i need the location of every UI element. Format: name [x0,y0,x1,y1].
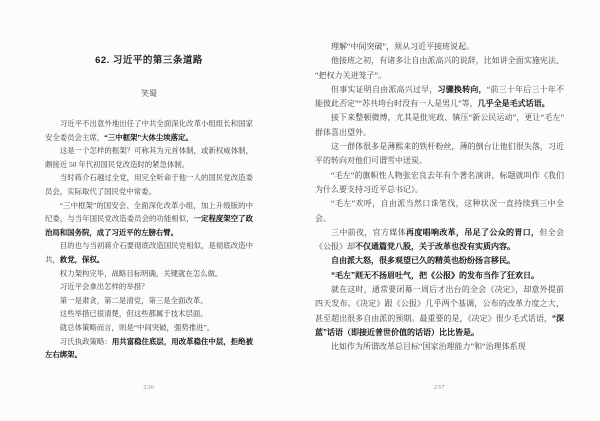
paragraph: 就在这时，通常要闭幕一周后才出台的全会《决定》，却意外提前四天发布。《决定》跟《… [315,283,564,340]
text-run: 当时蒋介石越过全党，用完全听命于他一人的国民党改造委员会，实际取代了国民党中常委… [45,173,253,196]
paragraph: “毛左”则无不扬眉吐气，把《公报》的发布当作了狂欢日。 [315,269,564,283]
paragraph: 第一是肃贪，第二是清党，第三是全面改革。 [45,294,253,308]
text-run: 接下来整顿微博，尤其是批宪政、镇压“新公民运动”，更让“毛左”群体喜出望外。 [315,113,564,136]
right-page-body: 理解“中间突破”，须从习近平接班说起。他接班之初，有诸多让自由派高兴的说辞，比如… [315,40,564,355]
paragraph: 接下来整顿微博，尤其是批宪政、镇压“新公民运动”，更让“毛左”群体喜出望外。 [315,111,564,140]
page-right: 理解“中间突破”，须从习近平接班说起。他接班之初，有诸多让自由派高兴的说辞，比如… [315,40,564,355]
text-run: 理解“中间突破”，须从习近平接班说起。 [331,42,474,51]
text-run: 比如作为所谓改革总目标“国家治理能力”和“治理体系现 [331,342,526,351]
text-run: 习氏执政策略： [60,337,112,346]
text-run: 就在这时，通常要闭幕一周后才出台的全会《决定》，却意外提前四天发布。《决定》跟《… [315,285,564,323]
text-run: “毛左”欢呼，自由派当然口诛笔伐，这种状况一直持续到三中全会。 [315,199,564,222]
text-run: 这一群体很多是薄熙来的铁杆粉丝，薄的倒台让他们很失落，习近平的转向对他们可谓雪中… [315,142,564,165]
text-run: 这是一个怎样的框架？可称其为元首体制，或新权威体制，颇接近 50 年代初国民党改… [45,146,253,169]
chapter-title: 62. 习近平的第三条道路 [45,52,253,66]
paragraph: “毛左”欢呼，自由派当然口诛笔伐，这种状况一直持续到三中全会。 [315,197,564,226]
paragraph: 当时蒋介石越过全党，用完全听命于他一人的国民党改造委员会，实际取代了国民党中常委… [45,171,253,198]
paragraph: 三中前夜，官方媒体再度唱响改革，吊足了公众的胃口，但全会《公报》却不仅通篇党八股… [315,226,564,255]
paragraph: 目的也与当初蒋介石要彻底改造国民党相似，是彻底改造中共，救党，保权。 [45,239,253,266]
text-run: 这些举措已很清楚，但这些都属于技术层面。 [60,309,208,318]
paragraph: 但事实证明自由派高兴过早，习骤换转向，“前三十年后三十年不能彼此否定”“苏共垮台… [315,83,564,112]
text-run: 但事实证明自由派高兴过早， [331,85,438,94]
author-name: 笑蜀 [45,88,253,99]
paragraph: 习近平不出意外地出任了中共全面深化改革小组组长和国家安全委员会主席，“三中框架”… [45,117,253,144]
text-run: 他接班之初，有诸多让自由派高兴的说辞，比如讲全面实施宪法、“把权力关进笼子”。 [315,56,564,79]
paragraph: 这些举措已很清楚，但这些都属于技术层面。 [45,307,253,321]
paragraph: 权力架构完毕，战略目标明确，关键就在怎么做。 [45,267,253,281]
page-number-right: 237 [315,384,564,391]
text-run: “毛左”的旗帜性人物张宏良去年有个著名演讲，标题就叫作《我们为什么要支持习近平总… [315,171,564,194]
text-run: 就总体策略而言，则是“中间突破，强势推进”。 [60,323,214,332]
paragraph: 他接班之初，有诸多让自由派高兴的说辞，比如讲全面实施宪法、“把权力关进笼子”。 [315,54,564,83]
paragraph: 理解“中间突破”，须从习近平接班说起。 [315,40,564,54]
paragraph: 自由派大怒，很多观望已久的精英也纷纷扬言移民。 [315,254,564,268]
bold-text-run: “毛左”则无不扬眉吐气，把《公报》的发布当作了狂欢日。 [331,271,539,280]
paragraph: 这一群体很多是薄熙来的铁杆粉丝，薄的倒台让他们很失落，习近平的转向对他们可谓雪中… [315,140,564,169]
text-run: 第一是肃贪，第二是清党，第三是全面改革。 [60,296,208,305]
paragraph: 这是一个怎样的框架？可称其为元首体制，或新权威体制，颇接近 50 年代初国民党改… [45,144,253,171]
bold-text-run: 不仅通篇党八股，关于改革也没有实质内容。 [355,242,515,251]
left-page-body: 习近平不出意外地出任了中共全面深化改革小组组长和国家安全委员会主席，“三中框架”… [45,117,253,362]
text-run: 权力架构完毕，战略目标明确，关键就在怎么做。 [60,269,223,278]
page-number-left: 236 [45,384,253,391]
bold-text-run: 自由派大怒，很多观望已久的精英也纷纷扬言移民。 [331,256,515,265]
bold-text-run: “三中框架”大体尘埃落定。 [104,133,193,142]
bold-text-run: 习骤换转向， [438,85,487,94]
bold-text-run: 再度唱响改革，吊足了公众的胃口， [406,228,539,237]
paragraph: 习近平会拿出怎样的举措？ [45,280,253,294]
paragraph: 就总体策略而言，则是“中间突破，强势推进”。 [45,321,253,335]
bold-text-run: 救党，保权。 [60,255,104,264]
paragraph: “毛左”的旗帜性人物张宏良去年有个著名演讲，标题就叫作《我们为什么要支持习近平总… [315,169,564,198]
page-left: 62. 习近平的第三条道路 笑蜀 习近平不出意外地出任了中共全面深化改革小组组长… [45,52,253,362]
paragraph: 比如作为所谓改革总目标“国家治理能力”和“治理体系现 [315,340,564,354]
bold-text-run: 几乎全是毛式话语。 [478,99,550,108]
paragraph: “三中框架”的国安会、全面深化改革小组，加上升级版的中纪委，与当年国民党改造委员… [45,199,253,240]
book-spread: 62. 习近平的第三条道路 笑蜀 习近平不出意外地出任了中共全面深化改革小组组长… [0,0,600,421]
paragraph: 习氏执政策略：用共富稳住底层，用改革稳住中层，拒绝被左右绑架。 [45,335,253,362]
text-run: 习近平会拿出怎样的举措？ [60,282,149,291]
text-run: 三中前夜，官方媒体 [331,228,406,237]
